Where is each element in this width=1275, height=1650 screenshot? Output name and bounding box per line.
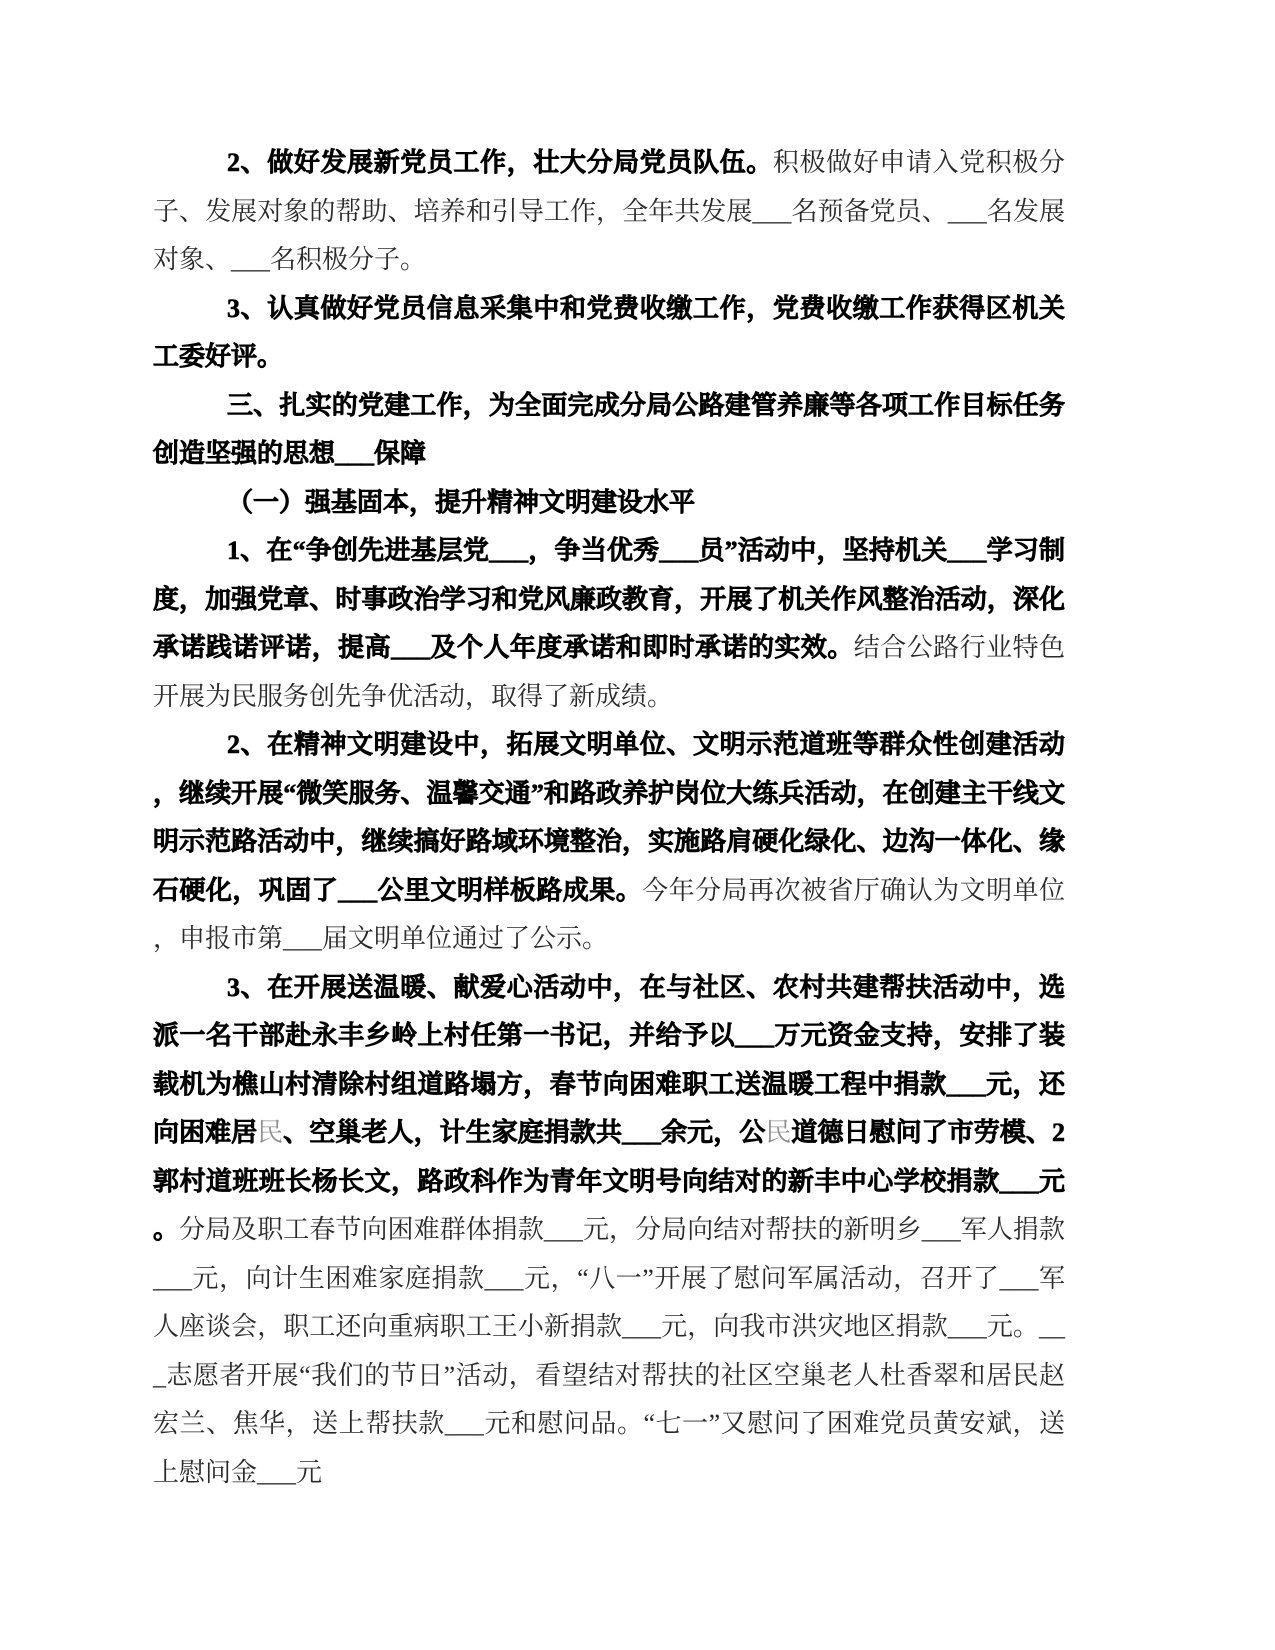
para-member-info-dues: 3、认真做好党员信息采集中和党费收缴工作，党费收缴工作获得区机关工委好评。 (153, 285, 1065, 382)
text-segment: 民 (765, 1118, 791, 1147)
para-develop-new-members: 2、做好发展新党员工作，壮大分局党员队伍。积极做好申请入党积极分子、发展对象的帮… (153, 139, 1065, 285)
text-segment: 民 (257, 1118, 283, 1147)
document-body: 2、做好发展新党员工作，壮大分局党员队伍。积极做好申请入党积极分子、发展对象的帮… (153, 139, 1065, 1497)
para-item-3-warmth-charity: 3、在开展送温暖、献爱心活动中，在与社区、农村共建帮扶活动中，选派一名干部赴永丰… (153, 964, 1065, 1498)
text-segment: 3、认真做好党员信息采集中和党费收缴工作，党费收缴工作获得区机关工委好评。 (153, 294, 1065, 372)
text-segment: 分局及职工春节向困难群体捐款___元，分局向结对帮扶的新明乡___军人捐款___… (153, 1215, 1065, 1487)
para-section-three-heading: 三、扎实的党建工作，为全面完成分局公路建管养廉等各项工作目标任务创造坚强的思想_… (153, 382, 1065, 479)
text-segment: （一）强基固本，提升精神文明建设水平 (227, 488, 695, 517)
text-segment: 2、做好发展新党员工作，壮大分局党员队伍。 (227, 148, 773, 177)
para-item-2-civilization-building: 2、在精神文明建设中，拓展文明单位、文明示范道班等群众性创建活动，继续开展“微笑… (153, 721, 1065, 964)
text-segment: 、空巢老人，计生家庭捐款共___余元，公 (283, 1118, 765, 1147)
document-page: 2、做好发展新党员工作，壮大分局党员队伍。积极做好申请入党积极分子、发展对象的帮… (0, 0, 1275, 1650)
text-segment: 三、扎实的党建工作，为全面完成分局公路建管养廉等各项工作目标任务创造坚强的思想_… (153, 391, 1065, 469)
para-item-1-study-system: 1、在“争创先进基层党___，争当优秀___员”活动中，坚持机关___学习制度，… (153, 527, 1065, 721)
para-subsection-one-heading: （一）强基固本，提升精神文明建设水平 (153, 479, 1065, 528)
